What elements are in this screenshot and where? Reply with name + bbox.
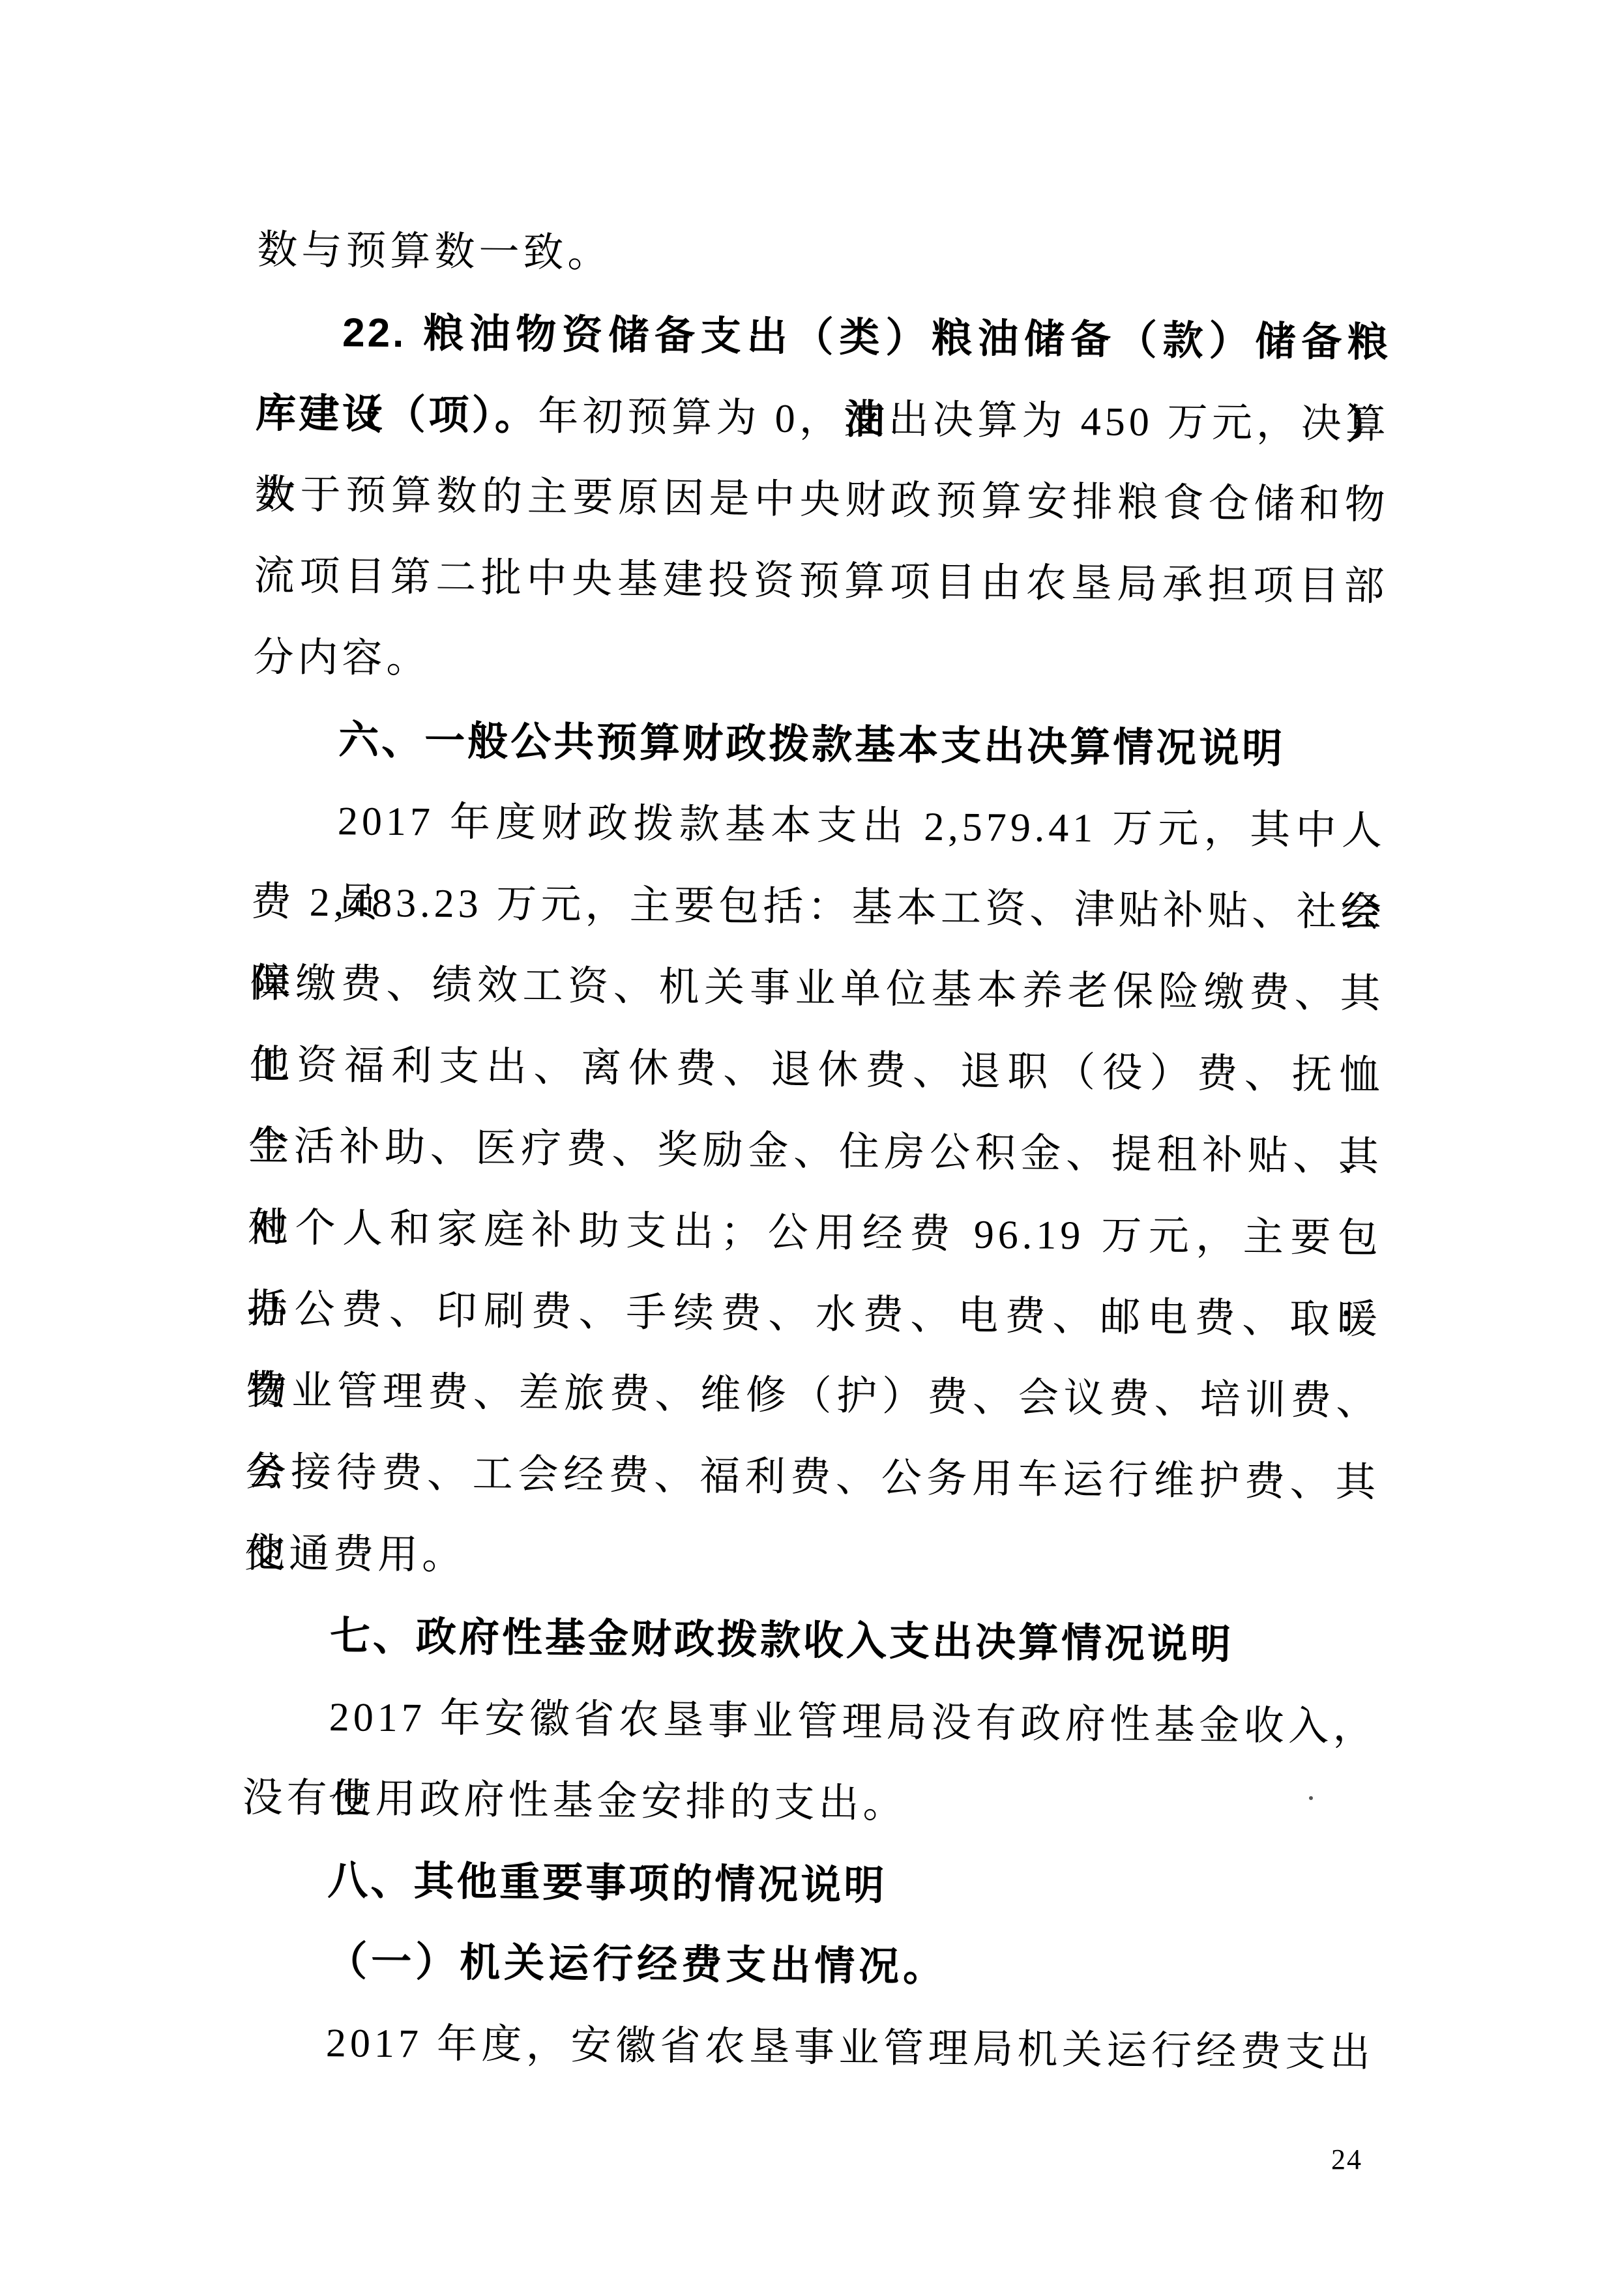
body-line: 办公费、印刷费、手续费、水费、电费、邮电费、取暖费、: [246, 1269, 1381, 1361]
body-line: 务接待费、工会经费、福利费、公务用车运行维护费、其他: [245, 1432, 1380, 1524]
body-line: 库建设（项）。年初预算为 0，支出决算为 450 万元，决算数: [255, 373, 1390, 465]
heading-section-6-text: 六、一般公共预算财政拨款基本支出决算情况说明: [338, 718, 1286, 772]
body-line: 物业管理费、差旅费、维修（护）费、会议费、培训费、公: [246, 1350, 1381, 1443]
body-text: 流项目第二批中央基建投资预算项目由农垦局承担项目部: [254, 554, 1389, 609]
heading-section-8: 八、其他重要事项的情况说明: [241, 1839, 1376, 1932]
document-page: 数与预算数一致。 22. 粮油物资储备支出（类）粮油储备（款）储备粮（油） 库建…: [0, 0, 1618, 2296]
heading-section-7-text: 七、政府性基金财政拨款收入支出决算情况说明: [330, 1614, 1234, 1667]
body-line: 2017 年度财政拨款基本支出 2,579.41 万元，其中人员经: [251, 780, 1386, 873]
body-line: 数与预算数一致。: [257, 210, 1392, 302]
body-text: 数与预算数一致。: [257, 228, 612, 276]
item-22-heading-line: 22. 粮油物资储备支出（类）粮油储备（款）储备粮（油）: [256, 291, 1391, 384]
text-block: 数与预算数一致。 22. 粮油物资储备支出（类）粮油储备（款）储备粮（油） 库建…: [239, 210, 1392, 2095]
body-line: 没有使用政府性基金安排的支出。: [242, 1758, 1377, 1850]
body-line: 大于预算数的主要原因是中央财政预算安排粮食仓储和物: [254, 454, 1389, 547]
item-22-heading-tail: 库建设（项）。: [256, 391, 538, 439]
body-line: 交通费用。: [244, 1513, 1379, 1606]
scan-speck: [1309, 1796, 1313, 1800]
subheading-8-1-text: （一）机关运行经费支出情况。: [327, 1940, 948, 1990]
body-line: 对个人和家庭补助支出；公用经费 96.19 万元，主要包括：: [247, 1187, 1382, 1280]
body-text: 交通费用。: [244, 1532, 467, 1578]
body-text: 分内容。: [253, 635, 431, 682]
body-text: 没有使用政府性基金安排的支出。: [242, 1776, 907, 1827]
body-line: 障缴费、绩效工资、机关事业单位基本养老保险缴费、其他: [250, 943, 1385, 1036]
page-number: 24: [1331, 2143, 1362, 2176]
body-line: 2017 年度，安徽省农垦事业管理局机关运行经费支出: [239, 2002, 1374, 2095]
heading-section-6: 六、一般公共预算财政拨款基本支出决算情况说明: [252, 699, 1387, 791]
body-text: 大于预算数的主要原因是中央财政预算安排粮食仓储和物: [254, 472, 1389, 528]
subheading-8-1: （一）机关运行经费支出情况。: [241, 1921, 1375, 2013]
body-line: 2017 年安徽省农垦事业管理局没有政府性基金收入，也: [243, 1676, 1377, 1769]
body-line: 生活补助、医疗费、奖励金、住房公积金、提租补贴、其他: [248, 1106, 1383, 1199]
body-line: 流项目第二批中央基建投资预算项目由农垦局承担项目部: [254, 536, 1389, 628]
body-line: 费 2,483.23 万元，主要包括：基本工资、津贴补贴、社会保: [250, 862, 1385, 954]
heading-section-7: 七、政府性基金财政拨款收入支出决算情况说明: [243, 1595, 1378, 1687]
body-line: 分内容。: [253, 617, 1388, 710]
body-text: 2017 年度，安徽省农垦事业管理局机关运行经费支出: [326, 2021, 1375, 2075]
body-line: 工资福利支出、离休费、退休费、退职（役）费、抚恤金、: [249, 1024, 1384, 1117]
heading-section-8-text: 八、其他重要事项的情况说明: [327, 1858, 887, 1908]
